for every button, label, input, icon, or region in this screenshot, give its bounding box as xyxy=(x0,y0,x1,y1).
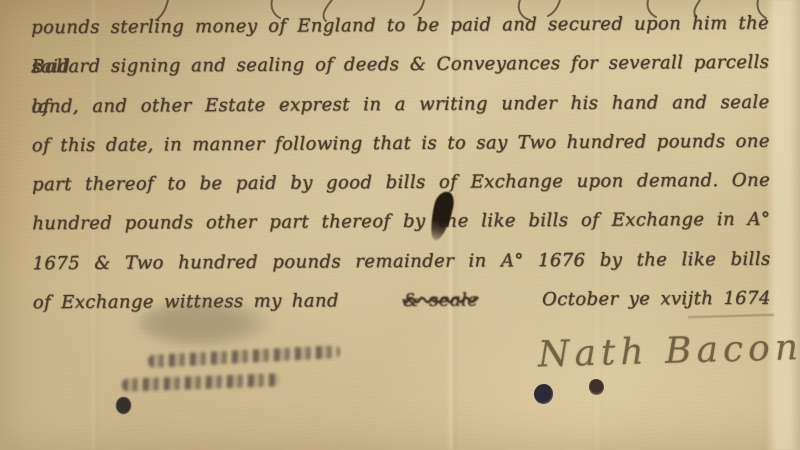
struck-out-word: & seale xyxy=(403,281,479,321)
ink-stain xyxy=(138,298,272,348)
witness-smudge-2 xyxy=(122,373,280,392)
manuscript-line: part thereof to be paid by good bills of… xyxy=(32,161,770,205)
manuscript-line: Ballard signing and sealing of deeds & C… xyxy=(31,43,769,87)
ink-dot-2 xyxy=(589,379,604,395)
document-scan: pounds sterling money of England to be p… xyxy=(0,0,800,450)
manuscript-line: hundred pounds other part thereof by the… xyxy=(32,200,770,244)
manuscript-line: land, and other Estate exprest in a writ… xyxy=(32,82,770,126)
witness-smudge-1 xyxy=(148,345,340,368)
signature: Nath Bacon xyxy=(537,328,788,376)
manuscript-line: of this date, in manner following that i… xyxy=(32,122,770,166)
paper-edge xyxy=(766,0,800,450)
manuscript-text: pounds sterling money of England to be p… xyxy=(31,4,771,323)
manuscript-line: pounds sterling money of England to be p… xyxy=(31,4,769,48)
manuscript-line: 1675 & Two hundred pounds remainder in A… xyxy=(32,240,770,284)
ink-dot-1 xyxy=(534,384,553,404)
date-text: October ye xvijth 1674 xyxy=(542,279,771,320)
witness-smudge-dot xyxy=(116,397,131,414)
